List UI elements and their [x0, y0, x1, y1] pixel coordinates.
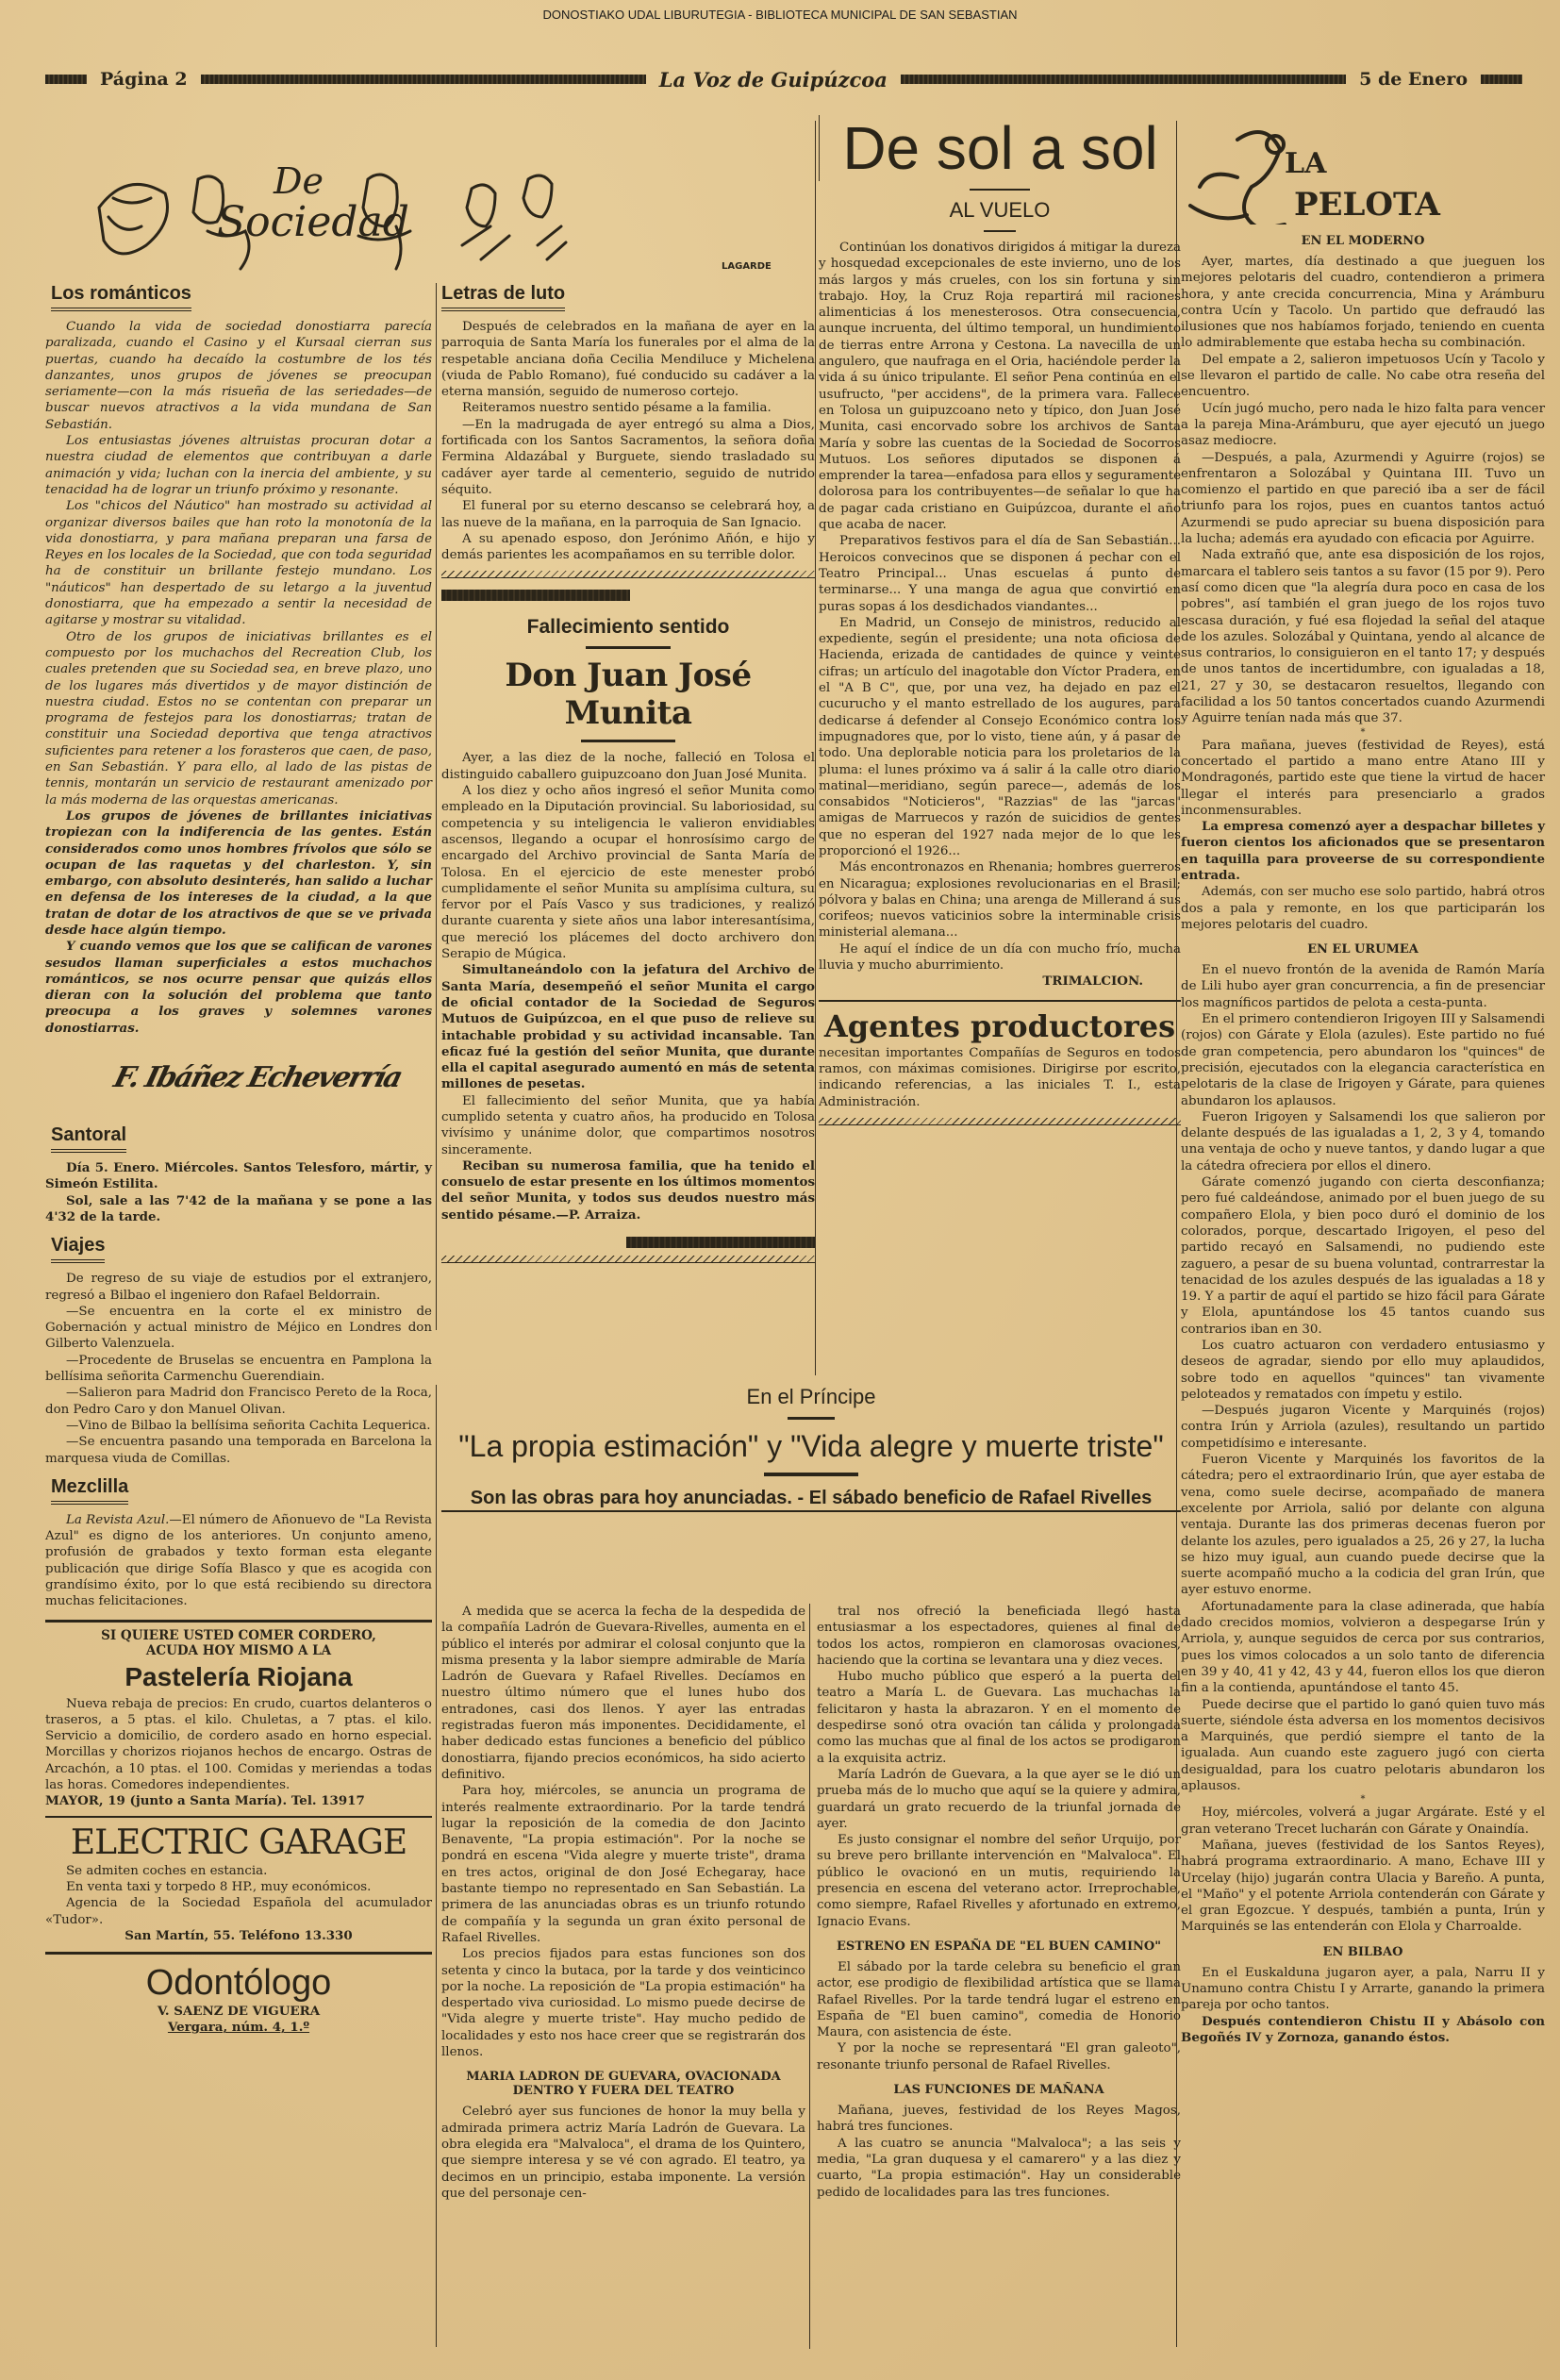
column-2: Letras de luto Después de celebrados en … — [441, 274, 815, 1271]
archive-banner: DONOSTIAKO UDAL LIBURUTEGIA - BIBLIOTECA… — [0, 8, 1560, 22]
pasteleria-text: Nueva rebaja de precios: En crudo, cuart… — [45, 1696, 432, 1794]
pelota-paragraph: Puede decirse que el partido lo ganó qui… — [1181, 1697, 1545, 1795]
pelota-player-icon: LA PELOTA — [1181, 121, 1539, 225]
pelota-paragraph: Para mañana, jueves (festividad de Reyes… — [1181, 738, 1545, 819]
pelota-paragraph: Nada extrañó que, ante esa disposición d… — [1181, 547, 1545, 726]
principe-paragraph: Celebró ayer sus funciones de honor la m… — [441, 2104, 805, 2202]
mezclilla-title: Mezclilla — [51, 1476, 128, 1505]
mezclilla-lead: La Revista Azul. — [66, 1513, 169, 1527]
munita-paragraph: Simultaneándolo con la jefatura del Arch… — [441, 962, 815, 1092]
pelota-paragraph: Fueron Irigoyen y Salsamendi los que sal… — [1181, 1109, 1545, 1174]
principe-paragraph: Hubo mucho público que esperó a la puert… — [817, 1669, 1181, 1767]
principe-subheading: MARIA LADRON DE GUEVARA, OVACIONADA DENT… — [441, 2070, 805, 2098]
garage-line: En venta taxi y torpedo 8 HP., muy econó… — [45, 1879, 432, 1895]
desolasol-subtitle: AL VUELO — [819, 198, 1181, 223]
desolasol-paragraph: Continúan los donativos dirigidos á miti… — [819, 240, 1181, 533]
principe-subheading: LAS FUNCIONES DE MAÑANA — [817, 2083, 1181, 2097]
banner-de-text: De — [273, 160, 324, 202]
section-rule — [45, 1620, 432, 1623]
garage-name: ELECTRIC GARAGE — [45, 1823, 432, 1863]
wavy-divider — [441, 571, 815, 578]
pelota-paragraph: En el primero contendieron Irigoyen III … — [1181, 1011, 1545, 1109]
pelota-paragraph: Afortunadamente para la clase adinerada,… — [1181, 1599, 1545, 1697]
munita-kicker: Fallecimiento sentido — [441, 616, 815, 639]
black-bar-ornament — [441, 590, 630, 601]
column-rule — [436, 1385, 437, 2347]
desolasol-paragraph: Preparativos festivos para el día de San… — [819, 533, 1181, 614]
pasteleria-name: Pastelería Riojana — [45, 1662, 432, 1692]
santoral-paragraph: Día 5. Enero. Miércoles. Santos Telesfor… — [45, 1160, 432, 1193]
munita-headline: Don Juan José Munita — [441, 657, 815, 732]
viajes-paragraph: —Procedente de Bruselas se encuentra en … — [45, 1353, 432, 1386]
odontologo-name: Odontólogo — [45, 1962, 432, 2004]
column-1: Los románticos Cuando la vida de socieda… — [45, 274, 432, 2037]
romanticos-paragraph: Los grupos de jóvenes de brillantes inic… — [45, 808, 432, 939]
desolasol-title: De sol a sol — [819, 115, 1181, 181]
pelota-paragraph: —Después jugaron Vicente y Marquinés (ro… — [1181, 1403, 1545, 1452]
section-rule — [819, 1000, 1181, 1002]
pelota-section: EN EL URUMEA En el nuevo frontón de la a… — [1181, 942, 1545, 1936]
page-number: Página 2 — [100, 69, 188, 90]
pelota-paragraph: Gárate comenzó jugando con cierta descon… — [1181, 1174, 1545, 1338]
wavy-divider — [441, 1256, 815, 1263]
desolasol-paragraph: He aquí el índice de un día con mucho fr… — [819, 941, 1181, 974]
desolasol-paragraph: En Madrid, un Consejo de ministros, redu… — [819, 615, 1181, 859]
pelota-section: EN EL MODERNO Ayer, martes, día destinad… — [1181, 234, 1545, 933]
viajes-paragraph: De regreso de su viaje de estudios por e… — [45, 1271, 432, 1304]
short-rule — [788, 1417, 835, 1420]
sociedad-cartoon-banner: De Sociedad LAGARDE — [57, 141, 783, 274]
asterisk-ornament: * — [1181, 1794, 1545, 1805]
pasteleria-kicker: SI QUIERE USTED COMER CORDERO, ACUDA HOY… — [45, 1628, 432, 1658]
principe-paragraph: A medida que se acerca la fecha de la de… — [441, 1604, 805, 1783]
masthead-rule — [45, 75, 87, 84]
principe-subtitle: Son las obras para hoy anunciadas. - El … — [441, 1484, 1181, 1512]
pelota-paragraph: En el nuevo frontón de la avenida de Ram… — [1181, 962, 1545, 1011]
section-rule — [45, 1952, 432, 1955]
column-4: LA PELOTA EN EL MODERNO Ayer, martes, dí… — [1181, 121, 1545, 2046]
issue-date: 5 de Enero — [1359, 69, 1468, 90]
garage-line: Agencia de la Sociedad Española del acum… — [45, 1895, 432, 1928]
column-3: De sol a sol AL VUELO Continúan los dona… — [819, 115, 1181, 1133]
viajes-paragraph: —Se encuentra pasando una temporada en B… — [45, 1434, 432, 1467]
artist-signature: LAGARDE — [722, 261, 772, 272]
pelota-paragraph: Mañana, jueves (festividad de los Santos… — [1181, 1838, 1545, 1936]
mezclilla-text: —El número de Añonuevo de "La Revista Az… — [45, 1513, 432, 1608]
masthead: Página 2 La Voz de Guipúzcoa 5 de Enero — [45, 68, 1522, 91]
pelota-section: EN BILBAO En el Euskalduna jugaron ayer,… — [1181, 1945, 1545, 2046]
pelota-logo: LA PELOTA — [1181, 121, 1545, 225]
pelota-paragraph: Además, con ser mucho ese solo partido, … — [1181, 884, 1545, 933]
pelota-paragraph: Después contendieron Chistu II y Abásolo… — [1181, 2014, 1545, 2047]
masthead-rule — [201, 75, 646, 84]
principe-paragraph: Para hoy, miércoles, se anuncia un progr… — [441, 1783, 805, 1946]
pelota-paragraph: En el Euskalduna jugaron ayer, a pala, N… — [1181, 1965, 1545, 2014]
pelota-paragraph: Fueron Vicente y Marquinés los favoritos… — [1181, 1452, 1545, 1599]
sociedad-illustration: De Sociedad LAGARDE — [57, 141, 783, 274]
pelota-section-head: EN EL MODERNO — [1181, 234, 1545, 248]
column-rule — [436, 283, 437, 1330]
short-rule — [970, 189, 1030, 191]
principe-kicker: En el Príncipe — [441, 1385, 1181, 1409]
odontologo-address: Vergara, núm. 4, 1.º — [45, 2020, 432, 2036]
principe-article-header: En el Príncipe "La propia estimación" y … — [441, 1385, 1181, 1512]
principe-headline: "La propia estimación" y "Vida alegre y … — [441, 1427, 1181, 1465]
munita-paragraph: Reciban su numerosa familia, que ha teni… — [441, 1158, 815, 1223]
romanticos-paragraph: Los "chicos del Náutico" han mostrado su… — [45, 498, 432, 628]
santoral-title: Santoral — [51, 1124, 126, 1153]
luto-paragraph: Reiteramos nuestro sentido pésame a la f… — [441, 400, 815, 416]
luto-paragraph: El funeral por su eterno descanso se cel… — [441, 498, 815, 531]
banner-sociedad-text: Sociedad — [217, 198, 409, 246]
pelota-paragraph: Ayer, martes, día destinado a que juegue… — [1181, 254, 1545, 352]
logo-la-text: LA — [1285, 147, 1327, 180]
romanticos-paragraph: Y cuando vemos que los que se califican … — [45, 939, 432, 1037]
romanticos-paragraph: Los entusiastas jóvenes altruistas procu… — [45, 433, 432, 498]
pasteleria-address: MAYOR, 19 (junto a Santa María). Tel. 13… — [45, 1793, 432, 1809]
garage-line: Se admiten coches en estancia. — [45, 1863, 432, 1879]
asterisk-ornament: * — [1181, 727, 1545, 738]
luto-paragraph: Después de celebrados en la mañana de ay… — [441, 319, 815, 400]
principe-subheading: ESTRENO EN ESPAÑA DE "EL BUEN CAMINO" — [817, 1939, 1181, 1954]
principe-paragraph: A las cuatro se anuncia "Malvaloca"; a l… — [817, 2136, 1181, 2201]
agentes-ad: Agentes productores necesitan importante… — [819, 1007, 1181, 1110]
section-rule — [45, 1816, 432, 1818]
principe-paragraph: Mañana, jueves, festividad de los Reyes … — [817, 2103, 1181, 2136]
viajes-title: Viajes — [51, 1235, 105, 1263]
black-bar-ornament — [626, 1237, 815, 1248]
luto-paragraph: —En la madrugada de ayer entregó su alma… — [441, 417, 815, 498]
mezclilla-paragraph: La Revista Azul.—El número de Añonuevo d… — [45, 1512, 432, 1610]
principe-column-a: A medida que se acerca la fecha de la de… — [441, 1604, 805, 2202]
munita-paragraph: Ayer, a las diez de la noche, falleció e… — [441, 750, 815, 783]
romanticos-paragraph: Otro de los grupos de iniciativas brilla… — [45, 629, 432, 808]
garage-ad: ELECTRIC GARAGE Se admiten coches en est… — [45, 1823, 432, 1944]
agentes-name: Agentes productores — [819, 1007, 1181, 1045]
author-signature: F. Ibáñez Echeverría — [79, 1061, 437, 1094]
principe-column-b: tral nos ofreció la beneficiada llegó ha… — [817, 1604, 1181, 2202]
logo-pelota-text: PELOTA — [1294, 186, 1440, 224]
principe-paragraph: Es justo consignar el nombre del señor U… — [817, 1832, 1181, 1930]
pelota-section-head: EN BILBAO — [1181, 1945, 1545, 1959]
short-rule — [586, 646, 671, 649]
short-rule — [581, 740, 675, 742]
odontologo-ad: Odontólogo V. SAENZ DE VIGUERA Vergara, … — [45, 1962, 432, 2037]
viajes-paragraph: —Salieron para Madrid don Francisco Pere… — [45, 1385, 432, 1418]
agentes-text: necesitan importantes Compañías de Segur… — [819, 1045, 1181, 1110]
romanticos-title: Los románticos — [51, 283, 191, 311]
luto-title: Letras de luto — [441, 283, 565, 311]
romanticos-paragraph: Cuando la vida de sociedad donostiarra p… — [45, 319, 432, 433]
viajes-paragraph: —Vino de Bilbao la bellísima señorita Ca… — [45, 1418, 432, 1434]
munita-paragraph: El fallecimiento del señor Munita, que y… — [441, 1093, 815, 1158]
wavy-divider — [819, 1118, 1181, 1125]
pelota-paragraph: La empresa comenzó ayer a despachar bill… — [1181, 819, 1545, 884]
principe-paragraph: María Ladrón de Guevara, a la que ayer s… — [817, 1767, 1181, 1832]
masthead-rule — [1481, 75, 1522, 84]
pelota-section-head: EN EL URUMEA — [1181, 942, 1545, 957]
pelota-paragraph: —Después, a pala, Azurmendi y Aguirre (r… — [1181, 450, 1545, 548]
santoral-paragraph: Sol, sale a las 7'42 de la mañana y se p… — [45, 1193, 432, 1226]
pelota-paragraph: Hoy, miércoles, volverá a jugar Argárate… — [1181, 1805, 1545, 1838]
viajes-paragraph: —Se encuentra en la corte el ex ministro… — [45, 1304, 432, 1353]
pelota-paragraph: Del empate a 2, salieron impetuosos Ucín… — [1181, 352, 1545, 401]
desolasol-paragraph: Más encontronazos en Rhenania; hombres g… — [819, 859, 1181, 940]
principe-paragraph: tral nos ofreció la beneficiada llegó ha… — [817, 1604, 1181, 1669]
munita-paragraph: A los diez y ocho años ingresó el señor … — [441, 783, 815, 962]
luto-paragraph: A su apenado esposo, don Jerónimo Añón, … — [441, 531, 815, 564]
short-rule — [764, 1473, 858, 1476]
pelota-paragraph: Ucín jugó mucho, pero nada le hizo falta… — [1181, 401, 1545, 450]
principe-paragraph: Y por la noche se representará "El gran … — [817, 2040, 1181, 2073]
desolasol-signature: TRIMALCION. — [819, 974, 1181, 990]
principe-article-body: A medida que se acerca la fecha de la de… — [441, 1604, 1181, 2202]
column-rule — [815, 121, 816, 1375]
paper-title: La Voz de Guipúzcoa — [659, 68, 888, 92]
odontologo-doctor: V. SAENZ DE VIGUERA — [45, 2004, 432, 2020]
short-rule — [984, 230, 1016, 232]
pelota-paragraph: Los cuatro actuaron con verdadero entusi… — [1181, 1338, 1545, 1403]
garage-address: San Martín, 55. Teléfono 13.330 — [45, 1928, 432, 1944]
masthead-rule — [901, 75, 1346, 84]
principe-paragraph: El sábado por la tarde celebra su benefi… — [817, 1959, 1181, 2040]
pasteleria-ad: SI QUIERE USTED COMER CORDERO, ACUDA HOY… — [45, 1628, 432, 1810]
principe-paragraph: Los precios fijados para estas funciones… — [441, 1946, 805, 2060]
